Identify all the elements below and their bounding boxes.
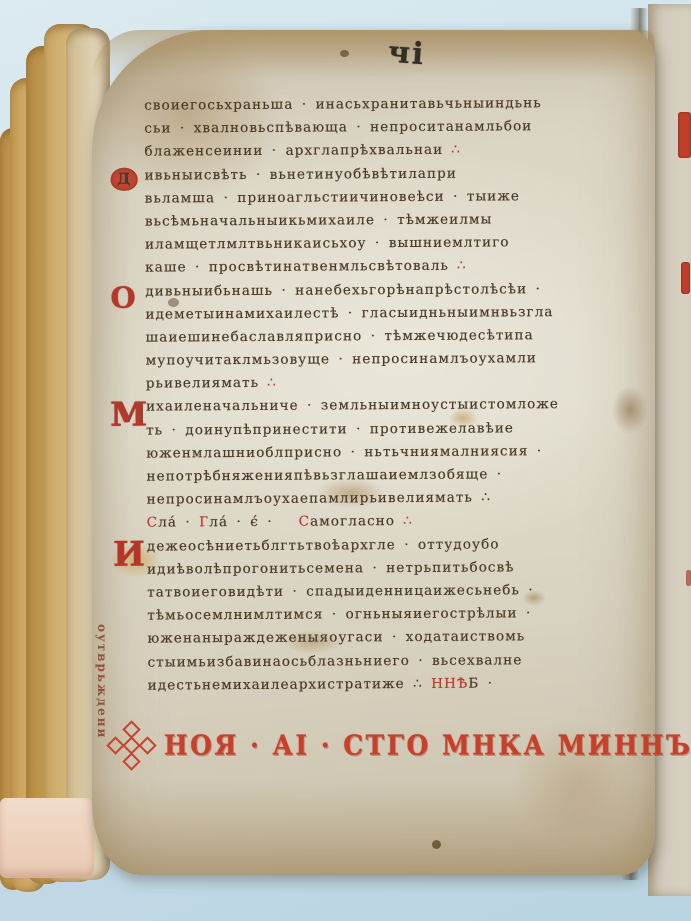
line-text: юженмлашниоблприсно · ньтьчниямалниясия … xyxy=(146,443,542,461)
rubric-red-letter: С xyxy=(299,514,311,530)
line-text: ть · доинупѣпринестити · противежелавѣие xyxy=(146,420,514,438)
line-text: вьламша · приноагльстиичиновеѣси · тыиже xyxy=(145,188,520,206)
illuminated-initial: И xyxy=(113,534,146,574)
line-text: сьи · хвалновьспѣвающа · непроситанамльб… xyxy=(144,118,532,136)
parchment-page: чі своиегосьхраньша · инасьхранитавьчьны… xyxy=(92,30,655,875)
book-board-edge xyxy=(0,798,94,878)
dot-rosette-ornament-left xyxy=(108,722,154,768)
text-line: Идежеосѣниетьблгтьтвоѣархгле · оттудоубо xyxy=(147,535,663,561)
line-text: идестьнемихаилеархистратиже ∴ xyxy=(148,676,432,694)
line-text: иламщетлмлтвьникаисьхоу · вышниемлтиго xyxy=(145,234,510,252)
illuminated-initial: О xyxy=(110,280,137,314)
paragraph-end-mark: ∴ xyxy=(451,142,461,158)
folio-number: чі xyxy=(387,35,427,73)
rubric-text: ла́ · xyxy=(158,515,199,531)
line-text: идиѣволѣпрогонитьсемена · нетрьпитьбосвѣ xyxy=(147,559,515,577)
ink-speck xyxy=(432,840,441,849)
line-text: непросинамлъоухаепамлирьивелиямать ∴ xyxy=(147,490,491,508)
line-text: мупоучитаклмьзовуще · непросинамлъоухамл… xyxy=(146,350,537,368)
text-line: юженаныраждеженыяоугаси · ходатаиствомь xyxy=(147,628,663,654)
facing-page-red-initial-peek xyxy=(678,112,691,158)
line-text: своиегосьхраньша · инасьхранитавьчьныинд… xyxy=(144,95,542,113)
rubric-red-letter: С xyxy=(147,515,159,531)
text-block: своиегосьхраньша · инасьхранитавьчьныинд… xyxy=(144,94,664,700)
text-line: рьивелиямать∴ xyxy=(146,373,662,399)
text-line: стыимьизбавинаосьблазньниего · вьсехвалн… xyxy=(148,651,664,677)
paragraph-end-mark: ∴ xyxy=(403,513,413,529)
line-text: идеметыинамихаилестѣ · гласыидньныимнвьз… xyxy=(145,304,553,322)
ink-speck xyxy=(340,50,349,57)
diamond-dot xyxy=(106,736,124,754)
diamond-dot xyxy=(122,752,140,770)
line-text: дежеосѣниетьблгтьтвоѣархгле · оттудоубо xyxy=(147,536,500,554)
text-line: непросинамлъоухаепамлирьивелиямать ∴ xyxy=(147,489,663,515)
text-line: Михаиленачальниче · земльныимноустыистом… xyxy=(146,396,662,422)
text-line: идеметыинамихаилестѣ · гласыидньныимнвьз… xyxy=(145,303,661,329)
rubric-line: Сла́ · Гла́ · є́ ·Самогласно∴ xyxy=(147,512,663,538)
text-line: Дивьныисвѣть · вьнетинуобѣвѣтилапри xyxy=(145,164,661,190)
line-text: шаиешинебаславляприсно · тѣмжечюдесѣтипа xyxy=(146,327,534,345)
text-line: идестьнемихаилеархистратиже ∴ ННѢБ · xyxy=(148,674,664,700)
line-text: рьивелиямать xyxy=(146,375,259,392)
text-line: каше · просвѣтинатвенмльсвѣтоваль∴ xyxy=(145,257,661,283)
line-text: дивьныибьнашь · нанебехьгорѣнапрѣстолѣсѣ… xyxy=(145,281,541,299)
paragraph-end-mark: ∴ xyxy=(267,375,277,391)
illuminated-initial: Д xyxy=(111,167,138,190)
line-text: юженаныраждеженыяоугаси · ходатаиствомь xyxy=(147,629,525,647)
rubric-text: амогласно xyxy=(310,513,395,530)
text-line: татвоиеговидѣти · спадыиденницаижесьнебь… xyxy=(147,581,663,607)
line-text: каше · просвѣтинатвенмльсвѣтоваль xyxy=(145,258,449,276)
rubric-tone-number: є́ · xyxy=(250,514,273,530)
text-line: идиѣволѣпрогонитьсемена · нетрьпитьбосвѣ xyxy=(147,558,663,584)
text-line: ть · доинупѣпринестити · противежелавѣие xyxy=(146,419,662,445)
rubric-text: ла́ · xyxy=(209,514,250,530)
line-text: татвоиеговидѣти · спадыиденницаижесьнебь… xyxy=(147,582,534,600)
text-line: блаженсеинии · архглапрѣхвальнаи∴ xyxy=(144,141,660,167)
text-line: вьламша · приноагльстиичиновеѣси · тыиже xyxy=(145,187,661,213)
text-line: мупоучитаклмьзовуще · непросинамлъоухамл… xyxy=(146,349,662,375)
text-line: юженмлашниоблприсно · ньтьчниямалниясия … xyxy=(146,442,662,468)
line-text: блаженсеинии · архглапрѣхвальнаи xyxy=(144,142,443,160)
line-text: непотрѣбняженияпѣвьзглашаиемлзобяще · xyxy=(146,466,502,484)
diamond-dot xyxy=(138,736,156,754)
text-line: Одивьныибьнашь · нанебехьгорѣнапрѣстолѣс… xyxy=(145,280,661,306)
text-line: вьсѣмьначальныикьмихаиле · тѣмжеилмы xyxy=(145,210,661,236)
photo-background: чі своиегосьхраньша · инасьхранитавьчьны… xyxy=(0,0,691,921)
line-text: Б · xyxy=(468,675,493,691)
text-line: шаиешинебаславляприсно · тѣмжечюдесѣтипа xyxy=(146,326,662,352)
line-text: вьсѣмьначальныикьмихаиле · тѣмжеилмы xyxy=(145,211,493,229)
heading-row: НОЯ · АІ · СТГО МНКА МИННЪІ · ВЕ xyxy=(108,722,648,768)
illuminated-initial: М xyxy=(110,395,148,434)
line-text: стыимьизбавинаосьблазньниего · вьсехвалн… xyxy=(148,652,523,670)
facing-page-red-initial-peek xyxy=(686,570,691,586)
line-text: ихаиленачальниче · земльныимноустыистомл… xyxy=(146,396,559,415)
line-text: тѣмьосемлнимлтимся · огньныяиегострѣлыи … xyxy=(147,605,531,623)
text-line: непотрѣбняженияпѣвьзглашаиемлзобяще · xyxy=(146,465,662,491)
margin-note: оутврьждени xyxy=(95,624,109,814)
paragraph-end-mark: ∴ xyxy=(457,258,467,274)
line-text: ивьныисвѣть · вьнетинуобѣвѣтилапри xyxy=(145,165,457,183)
text-line: иламщетлмлтвьникаисьхоу · вышниемлтиго xyxy=(145,234,661,260)
text-line: тѣмьосемлнимлтимся · огньныяиегострѣлыи … xyxy=(147,605,663,631)
diamond-dot xyxy=(122,720,140,738)
facing-page-red-initial-peek xyxy=(681,262,690,294)
text-line: сьи · хвалновьспѣвающа · непроситанамльб… xyxy=(144,118,660,144)
heading-text: НОЯ · АІ · СТГО МНКА МИННЪІ · ВЕ xyxy=(164,729,691,760)
rubric-red-word: ННѢ xyxy=(431,675,468,691)
text-line: своиегосьхраньша · инасьхранитавьчьныинд… xyxy=(144,94,660,120)
